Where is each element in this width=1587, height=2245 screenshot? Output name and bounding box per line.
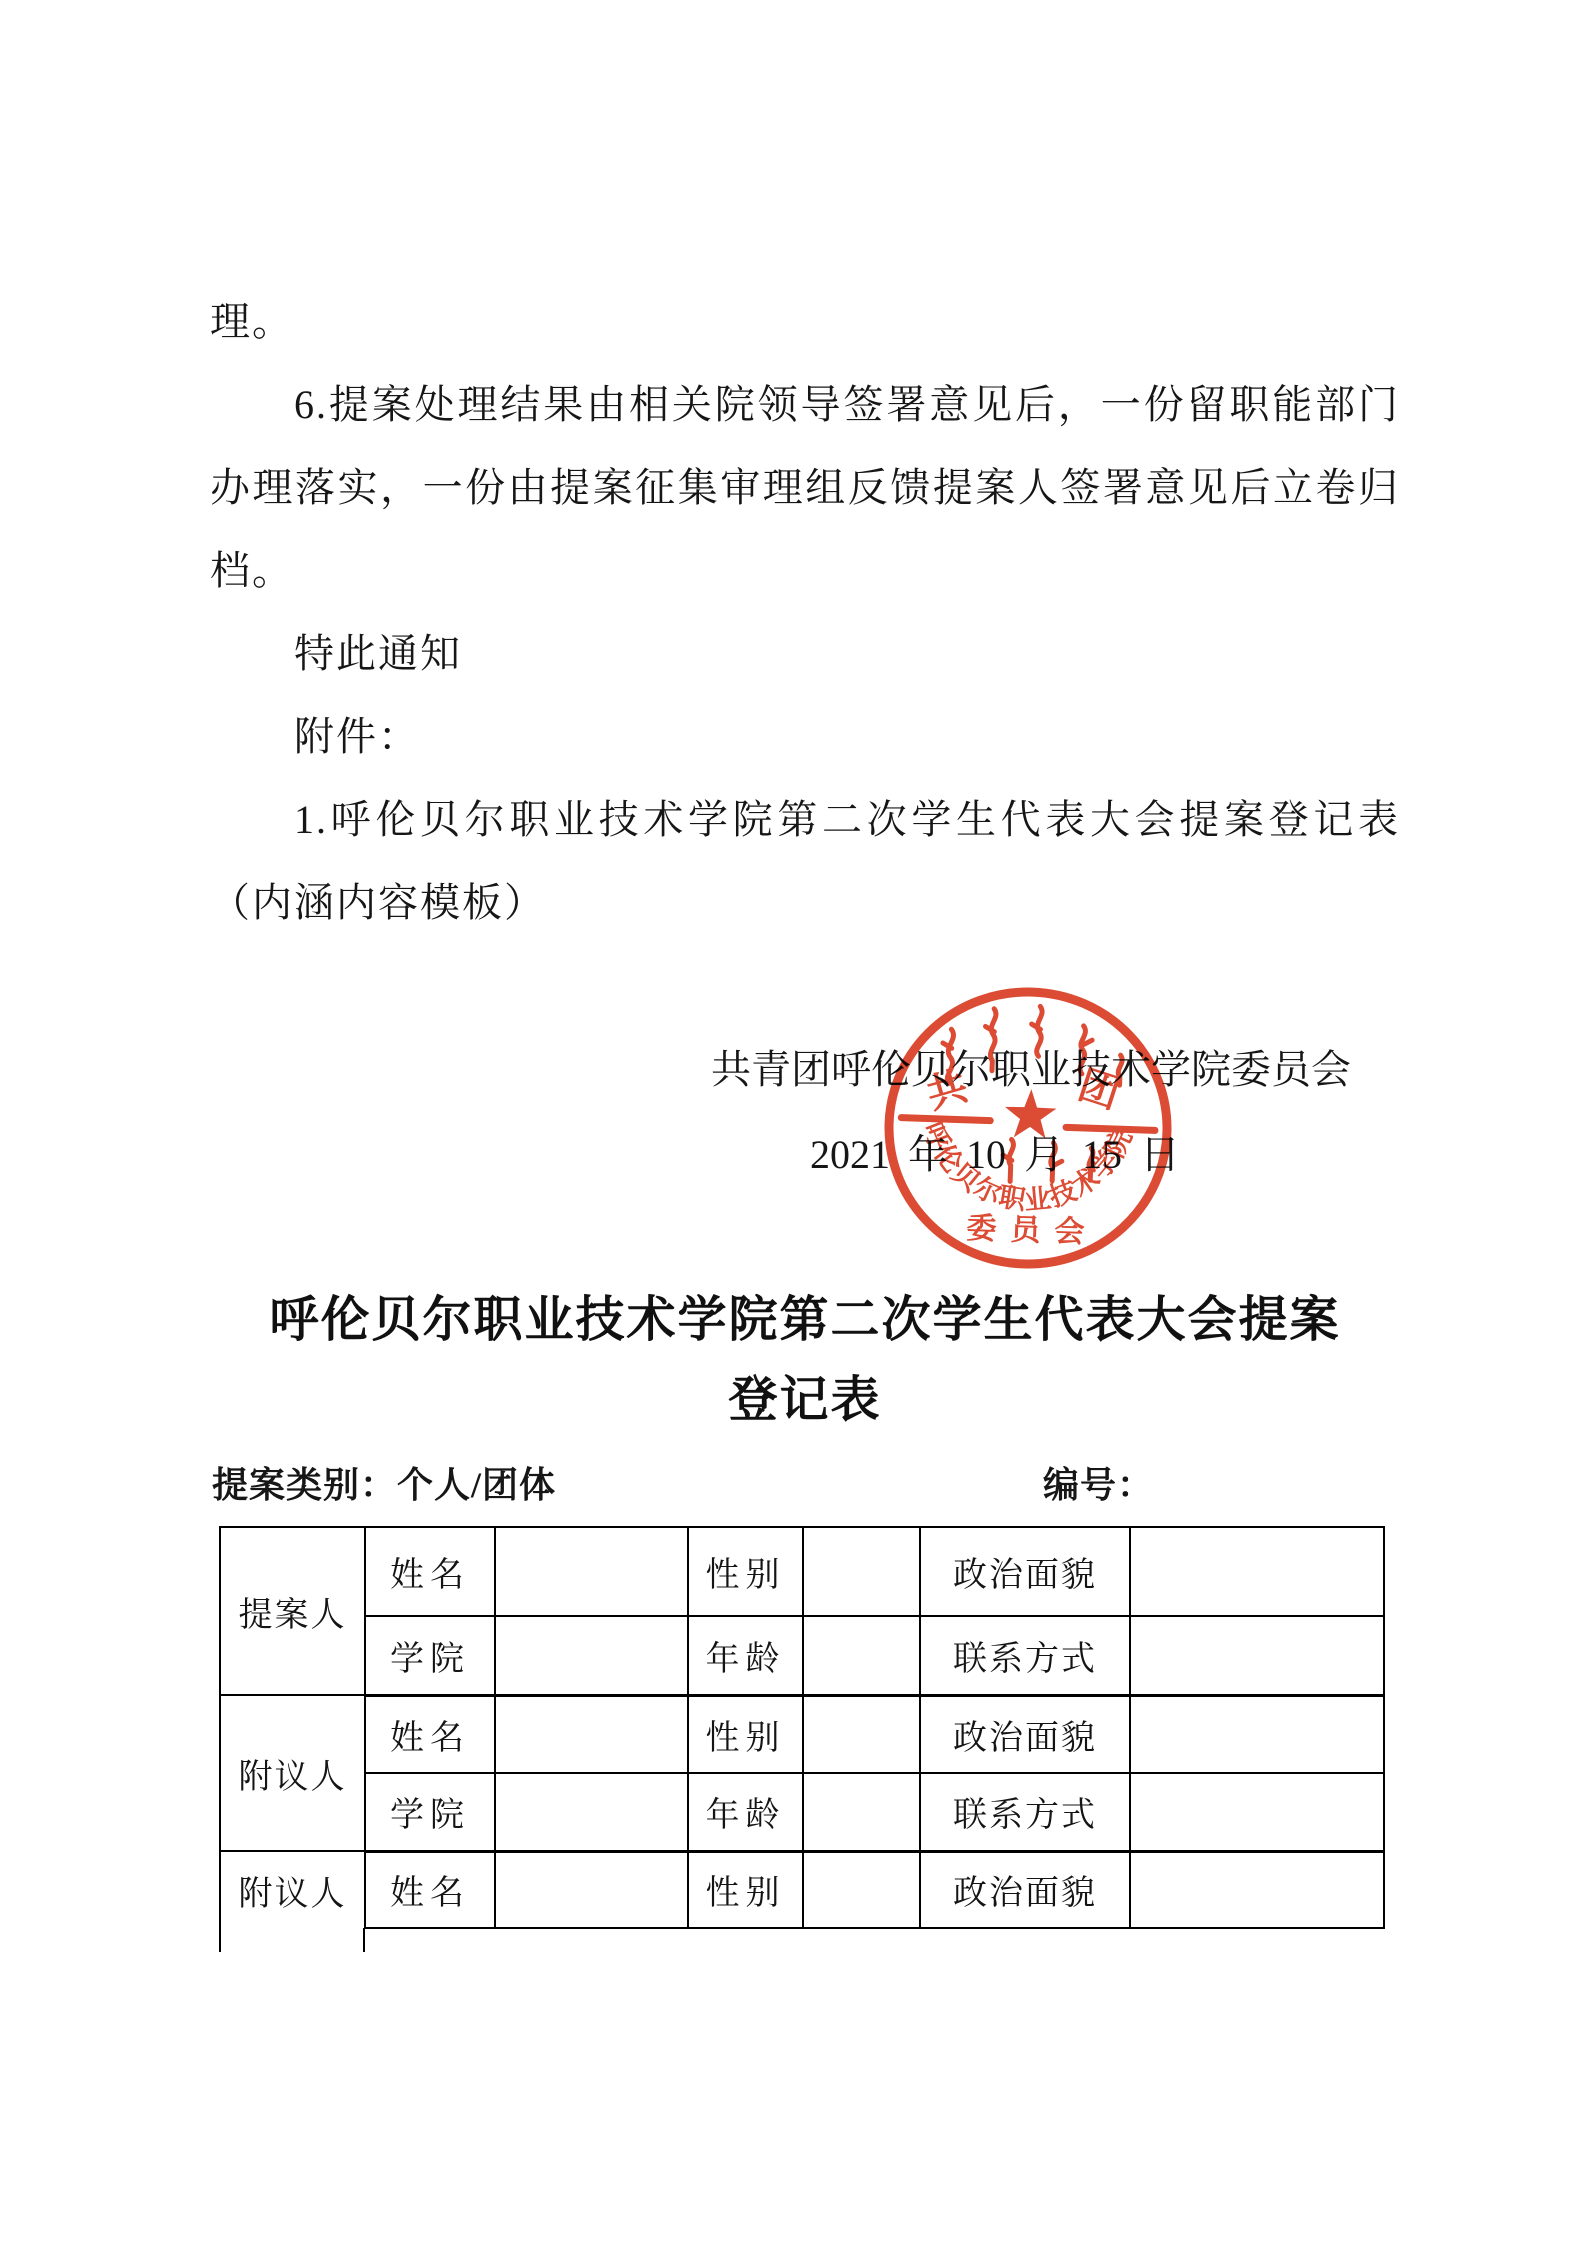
official-seal: 共 团 呼伦贝尔职业技术学院 bbox=[878, 982, 1178, 1274]
form-title-line2: 登记表 bbox=[210, 1360, 1400, 1440]
value-cell-gender bbox=[803, 1695, 920, 1773]
field-label-name: 姓名 bbox=[365, 1695, 495, 1773]
value-cell-name bbox=[495, 1527, 688, 1616]
group-label-seconder-2: 附议人 bbox=[220, 1851, 365, 1928]
value-cell-political-status bbox=[1130, 1527, 1384, 1616]
table-row: 提案人 姓名 性别 政治面貌 bbox=[220, 1527, 1384, 1616]
value-cell-gender bbox=[803, 1851, 920, 1928]
group-label-seconder-1: 附议人 bbox=[220, 1695, 365, 1851]
star-icon bbox=[1004, 1088, 1057, 1139]
form-title-line1: 呼伦贝尔职业技术学院第二次学生代表大会提案 bbox=[210, 1280, 1400, 1360]
proposal-category: 提案类别：个人/团体 bbox=[212, 1463, 556, 1507]
field-label-political-status: 政治面貌 bbox=[920, 1851, 1130, 1928]
proposal-category-label: 提案类别： bbox=[212, 1465, 397, 1505]
group-label-proposer: 提案人 bbox=[220, 1527, 365, 1695]
table-left-border-continuation bbox=[219, 1928, 221, 1952]
field-label-name: 姓名 bbox=[365, 1527, 495, 1616]
document-page: 理。 6.提案处理结果由相关院领导签署意见后，一份留职能部门 办理落实，一份由提… bbox=[0, 0, 1587, 2245]
body-line: 6.提案处理结果由相关院领导签署意见后，一份留职能部门 bbox=[210, 363, 1400, 446]
registration-table: 提案人 姓名 性别 政治面貌 学院 年龄 联系方式 附议人 姓名 性别 政治面貌 bbox=[219, 1526, 1385, 1929]
value-cell-name bbox=[495, 1851, 688, 1928]
table-row: 学院 年龄 联系方式 bbox=[220, 1616, 1384, 1695]
field-label-gender: 性别 bbox=[688, 1695, 803, 1773]
seal-committee-text: 委员会 bbox=[966, 1212, 1099, 1250]
table-column-border-continuation bbox=[363, 1928, 365, 1952]
value-cell-contact bbox=[1130, 1616, 1384, 1695]
attachment-label: 附件： bbox=[210, 695, 1400, 778]
field-label-age: 年龄 bbox=[688, 1773, 803, 1851]
table-row: 学院 年龄 联系方式 bbox=[220, 1773, 1384, 1851]
notice-closing: 特此通知 bbox=[210, 612, 1400, 695]
value-cell-political-status bbox=[1130, 1851, 1384, 1928]
attachment-item: 1.呼伦贝尔职业技术学院第二次学生代表大会提案登记表 bbox=[210, 778, 1400, 861]
value-cell-college bbox=[495, 1773, 688, 1851]
value-cell-age bbox=[803, 1773, 920, 1851]
body-line: 档。 bbox=[210, 529, 1400, 612]
value-cell-gender bbox=[803, 1527, 920, 1616]
proposal-number-label: 编号： bbox=[1043, 1463, 1154, 1507]
proposal-category-value: 个人/团体 bbox=[397, 1465, 556, 1505]
attachment-item-continuation: （内涵内容模板） bbox=[210, 861, 1400, 944]
field-label-political-status: 政治面貌 bbox=[920, 1695, 1130, 1773]
notice-body: 理。 6.提案处理结果由相关院领导签署意见后，一份留职能部门 办理落实，一份由提… bbox=[210, 280, 1400, 944]
seal-arc-text: 呼伦贝尔职业技术学院 bbox=[915, 1117, 1139, 1219]
value-cell-college bbox=[495, 1616, 688, 1695]
field-label-gender: 性别 bbox=[688, 1527, 803, 1616]
table-row: 附议人 姓名 性别 政治面貌 bbox=[220, 1851, 1384, 1928]
field-label-political-status: 政治面貌 bbox=[920, 1527, 1130, 1616]
field-label-college: 学院 bbox=[365, 1773, 495, 1851]
field-label-contact: 联系方式 bbox=[920, 1616, 1130, 1695]
value-cell-contact bbox=[1130, 1773, 1384, 1851]
field-label-college: 学院 bbox=[365, 1616, 495, 1695]
body-line: 办理落实，一份由提案征集审理组反馈提案人签署意见后立卷归 bbox=[210, 446, 1400, 529]
field-label-age: 年龄 bbox=[688, 1616, 803, 1695]
table-row: 附议人 姓名 性别 政治面貌 bbox=[220, 1695, 1384, 1773]
value-cell-age bbox=[803, 1616, 920, 1695]
body-line: 理。 bbox=[210, 280, 1400, 363]
form-meta-row: 提案类别：个人/团体 编号： bbox=[0, 1463, 1587, 1507]
value-cell-political-status bbox=[1130, 1695, 1384, 1773]
field-label-contact: 联系方式 bbox=[920, 1773, 1130, 1851]
value-cell-name bbox=[495, 1695, 688, 1773]
field-label-gender: 性别 bbox=[688, 1851, 803, 1928]
form-title: 呼伦贝尔职业技术学院第二次学生代表大会提案 登记表 bbox=[210, 1280, 1400, 1440]
svg-text:呼伦贝尔职业技术学院: 呼伦贝尔职业技术学院 bbox=[915, 1117, 1139, 1219]
field-label-name: 姓名 bbox=[365, 1851, 495, 1928]
